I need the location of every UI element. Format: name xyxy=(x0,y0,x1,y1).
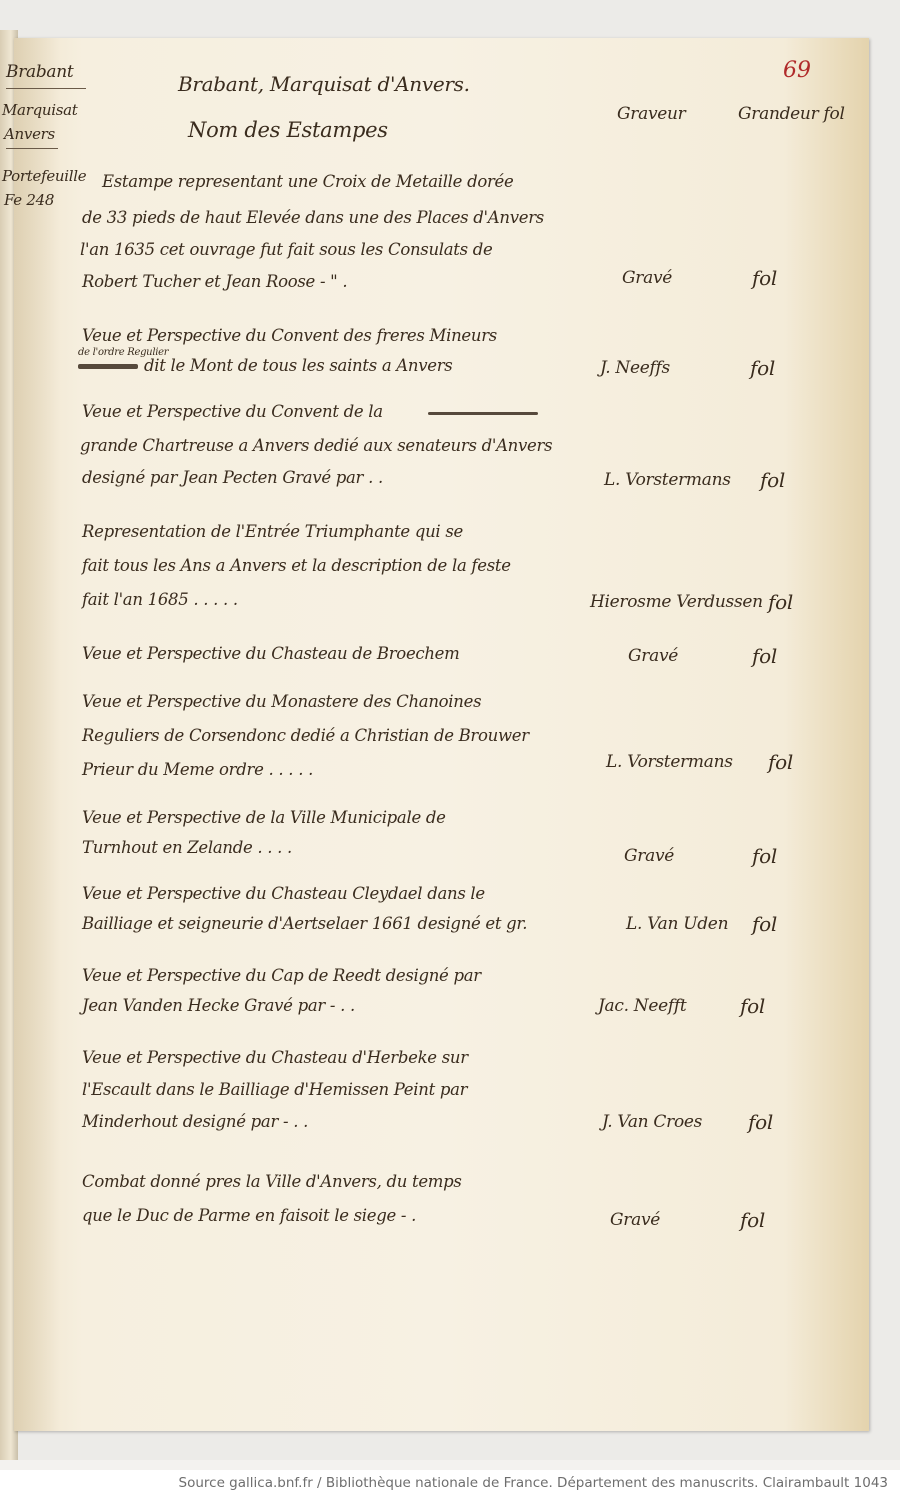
entry-engraver: L. Vorstermans xyxy=(606,752,733,772)
entry-text-line: Jean Vanden Hecke Gravé par - . . xyxy=(82,996,355,1015)
strikethrough-mark xyxy=(78,364,138,369)
entry-text-line: fait l'an 1685 . . . . . xyxy=(82,590,238,609)
margin-brabant: Brabant xyxy=(6,62,73,82)
entry-size: fol xyxy=(740,994,765,1018)
entry-size: fol xyxy=(760,468,785,492)
entry-text-line: designé par Jean Pecten Gravé par . . xyxy=(82,468,383,487)
entry-size: fol xyxy=(752,912,777,936)
margin-portefeuille: Portefeuille xyxy=(2,166,86,186)
entry-text-line: Turnhout en Zelande . . . . xyxy=(82,838,292,857)
entry-text-line: Minderhout designé par - . . xyxy=(82,1112,308,1131)
entry-engraver: Gravé xyxy=(624,846,674,866)
entry-text-line: dit le Mont de tous les saints a Anvers xyxy=(144,356,452,375)
entry-engraver: Gravé xyxy=(610,1210,660,1230)
entry-text-line: fait tous les Ans a Anvers et la descrip… xyxy=(82,556,511,575)
entry-size: fol xyxy=(748,1110,773,1134)
entry-text-line: Veue et Perspective de la Ville Municipa… xyxy=(82,808,446,827)
entry-engraver: J. Van Croes xyxy=(602,1112,702,1132)
entry-text-line: Veue et Perspective du Chasteau Cleydael… xyxy=(82,884,485,903)
entry-text-line: de 33 pieds de haut Elevée dans une des … xyxy=(82,208,544,227)
entry-size: fol xyxy=(768,590,793,614)
entry-text-line: Bailliage et seigneurie d'Aertselaer 166… xyxy=(82,914,527,933)
entry-text-line: Veue et Perspective du Chasteau de Broec… xyxy=(82,644,460,663)
page-number: 69 xyxy=(783,58,811,83)
margin-rule xyxy=(6,88,86,89)
source-attribution: Source gallica.bnf.fr / Bibliothèque nat… xyxy=(179,1475,888,1491)
margin-folio: Fe 248 xyxy=(4,190,54,210)
entry-text-line: Veue et Perspective du Convent des frere… xyxy=(82,326,497,345)
entry-engraver: Jac. Neefft xyxy=(598,996,686,1016)
margin-anvers: Anvers xyxy=(4,124,55,144)
column-header-engraver: Graveur xyxy=(617,104,685,124)
entry-size: fol xyxy=(740,1208,765,1232)
strikethrough-mark xyxy=(428,412,538,415)
entry-text-line: que le Duc de Parme en faisoit le siege … xyxy=(82,1206,416,1225)
entry-text-line: Estampe representant une Croix de Metail… xyxy=(102,172,513,191)
entry-engraver: Gravé xyxy=(628,646,678,666)
page-subtitle: Nom des Estampes xyxy=(188,118,388,142)
entry-size: fol xyxy=(752,266,777,290)
entry-text-line: Veue et Perspective du Cap de Reedt desi… xyxy=(82,966,481,985)
entry-text-line: l'Escault dans le Bailliage d'Hemissen P… xyxy=(82,1080,467,1099)
margin-rule xyxy=(6,148,58,149)
entry-engraver: Gravé xyxy=(622,268,672,288)
entry-text-line: l'an 1635 cet ouvrage fut fait sous les … xyxy=(80,240,492,259)
entry-text-line: Representation de l'Entrée Triumphante q… xyxy=(82,522,463,541)
entry-size: fol xyxy=(768,750,793,774)
entry-text-line: Reguliers de Corsendonc dedié a Christia… xyxy=(82,726,529,745)
entry-engraver: L. Van Uden xyxy=(626,914,728,934)
page-fold-shadow xyxy=(14,38,60,1431)
entry-engraver: L. Vorstermans xyxy=(604,470,731,490)
entry-size: fol xyxy=(752,844,777,868)
column-header-size: Grandeur fol xyxy=(738,104,845,124)
entry-text-line: Veue et Perspective du Chasteau d'Herbek… xyxy=(82,1048,468,1067)
entry-text-line: Combat donné pres la Ville d'Anvers, du … xyxy=(82,1172,462,1191)
entry-size: fol xyxy=(752,644,777,668)
entry-text-line: Veue et Perspective du Convent de la xyxy=(82,402,383,421)
margin-marquisat: Marquisat xyxy=(2,100,78,120)
entry-text-line: Veue et Perspective du Monastere des Cha… xyxy=(82,692,481,711)
page-title: Brabant, Marquisat d'Anvers. xyxy=(178,72,470,96)
entry-size: fol xyxy=(750,356,775,380)
entry-text-line: Prieur du Meme ordre . . . . . xyxy=(82,760,313,779)
entry-text-line: grande Chartreuse a Anvers dedié aux sen… xyxy=(80,436,552,455)
entry-text-line: Robert Tucher et Jean Roose - " . xyxy=(82,272,347,291)
entry-engraver: Hierosme Verdussen xyxy=(590,592,763,612)
entry-engraver: J. Neeffs xyxy=(600,358,670,378)
